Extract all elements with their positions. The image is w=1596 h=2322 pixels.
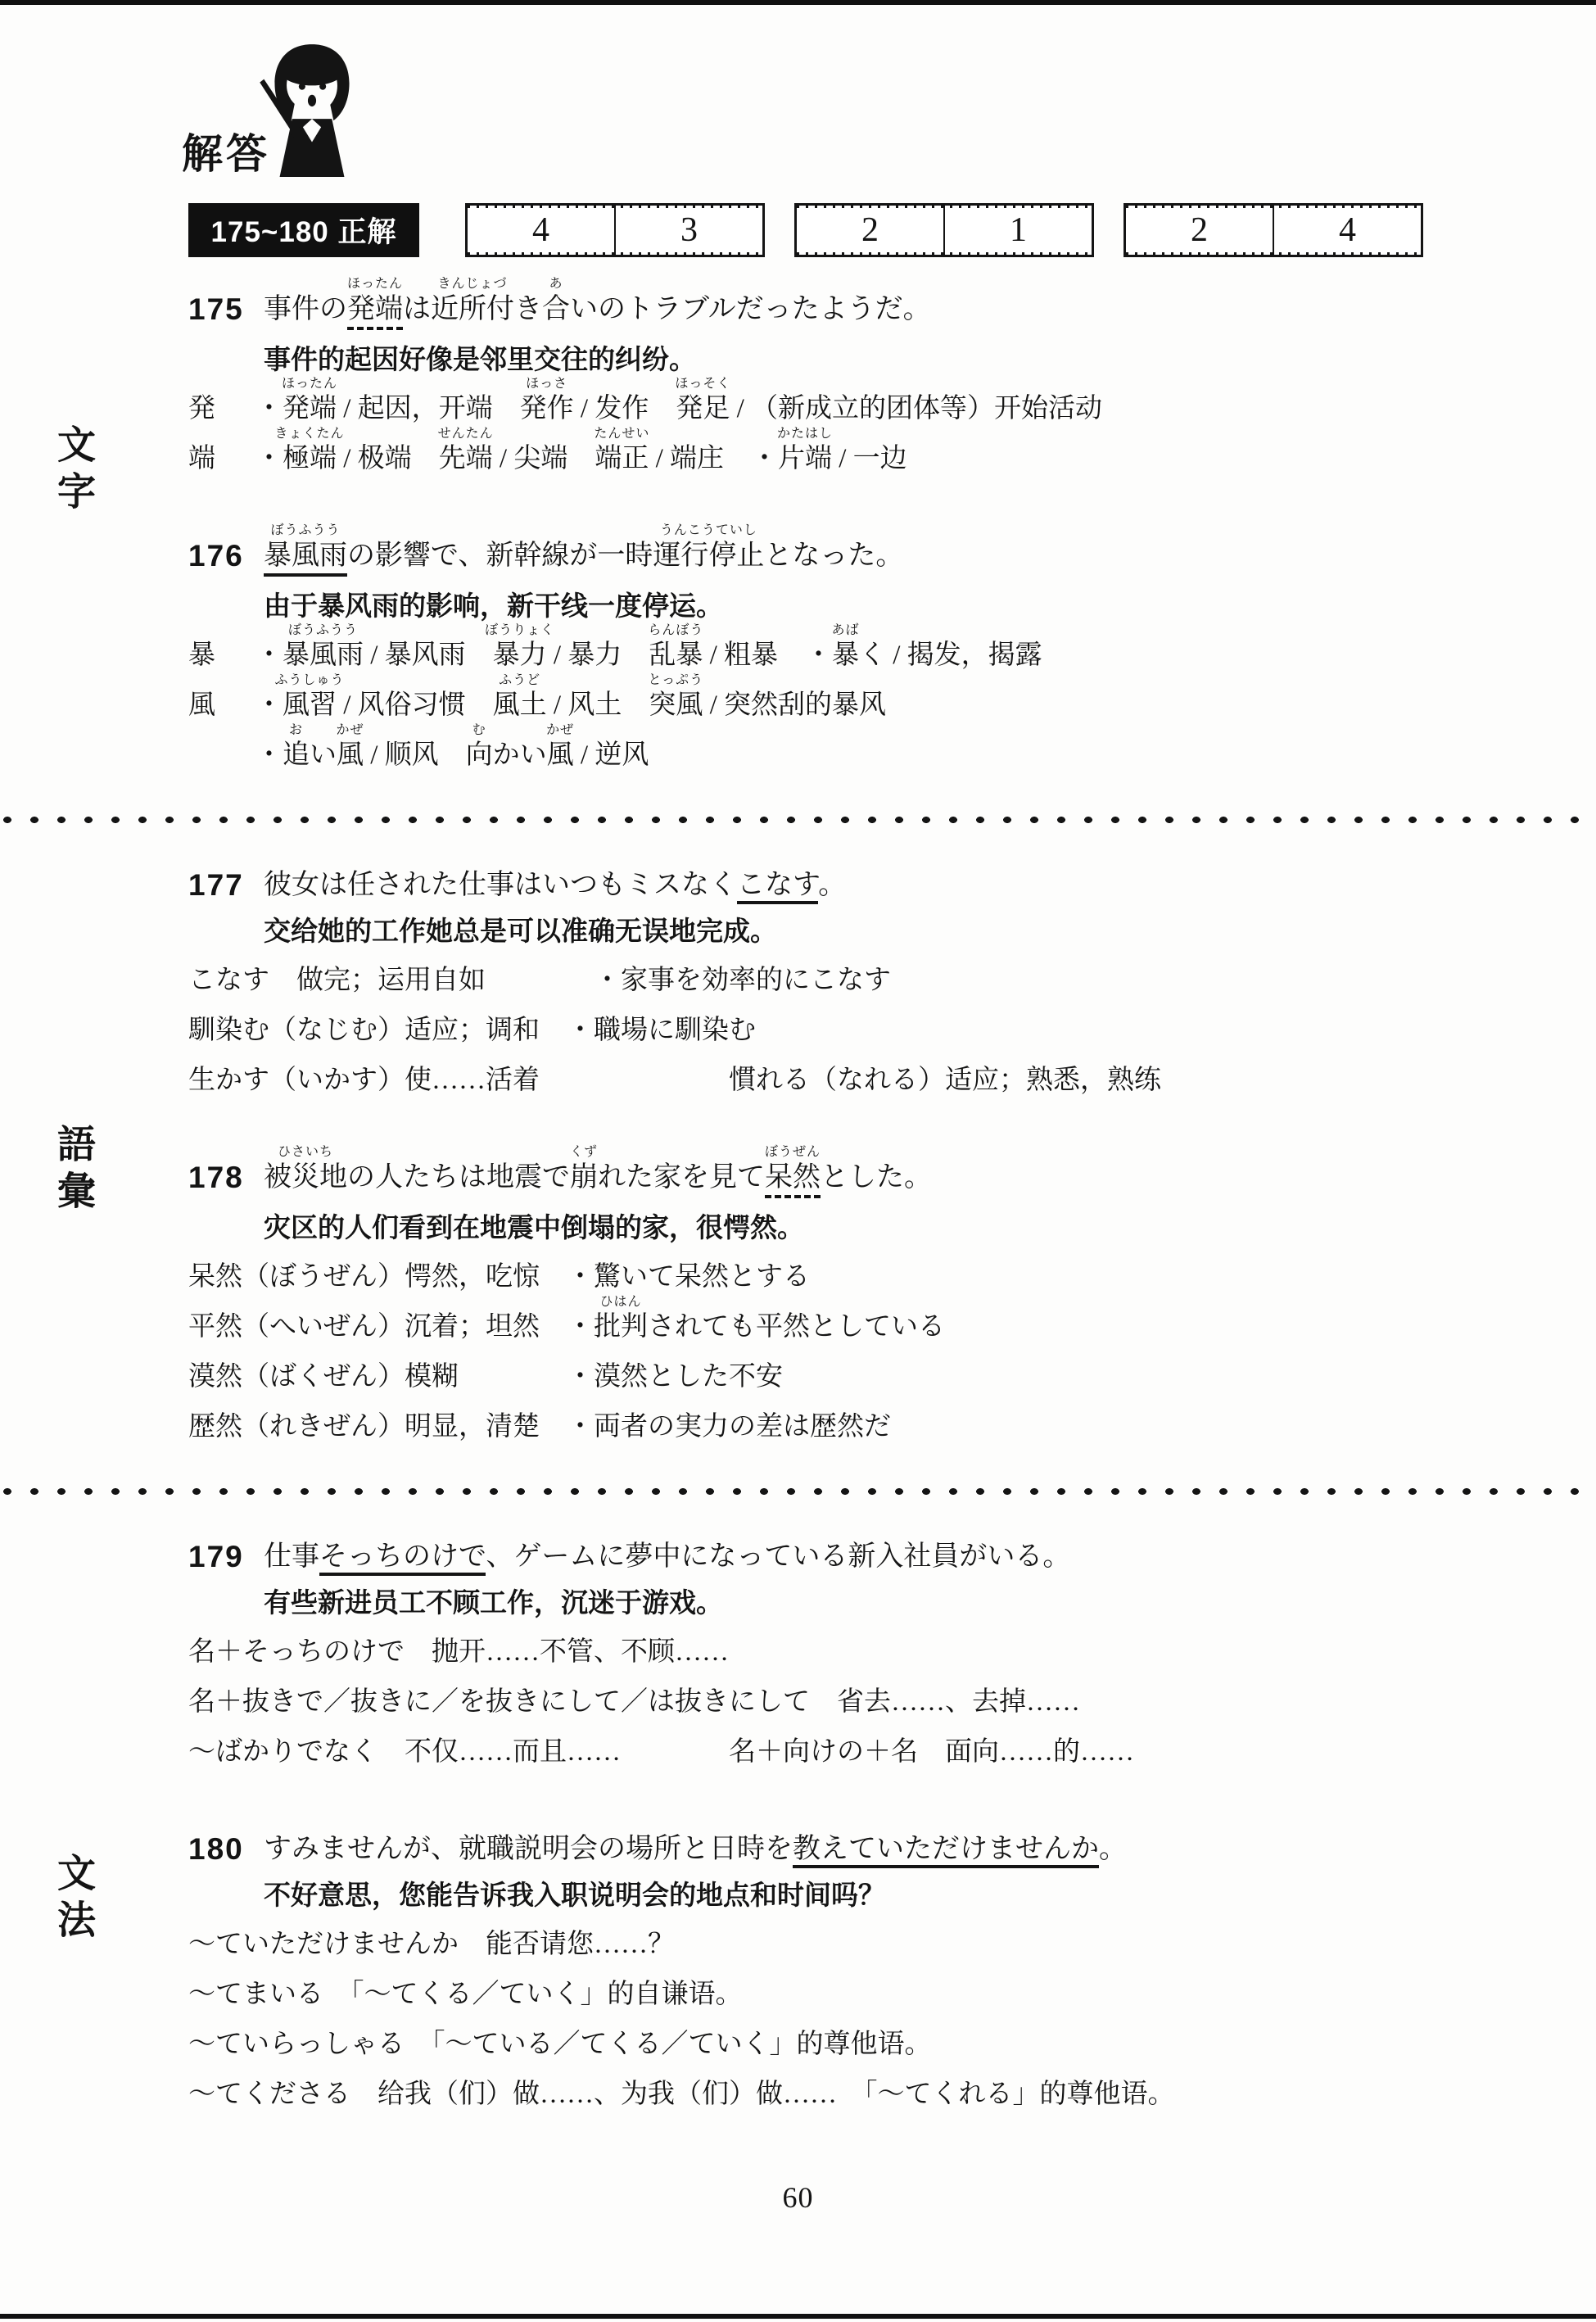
- answer-cell: 4: [1273, 206, 1421, 255]
- ruby-segment: 運行停止うんこうていし: [653, 540, 764, 573]
- text-segment: ・: [255, 740, 283, 770]
- text-segment: ～ていただけませんか 能否请您……？: [188, 1930, 675, 1959]
- ruby-segment: 風土ふうど: [493, 690, 547, 721]
- explanation-row: 名＋抜きで／抜きに／を抜きにして／は抜きにして 省去……、去掉……: [188, 1668, 1466, 1718]
- text-segment: ・: [255, 394, 283, 423]
- ruby-base: 近所付: [431, 294, 514, 324]
- sidebar-label-moji: 文字: [46, 424, 101, 518]
- furigana: ほっそく: [675, 378, 730, 391]
- text-segment: 歴然（れきぜん）明显，清楚 ・両者の実力の差は歴然だ: [188, 1412, 891, 1442]
- explanation-row: 生かす（いかす）使……活着 慣れる（なれる）适应；熟悉，熟练: [188, 1046, 1466, 1096]
- ruby-segment: 批判ひはん: [594, 1311, 648, 1342]
- ruby-base: 発端: [347, 294, 403, 324]
- ruby-segment: 合あ: [542, 293, 570, 326]
- text-segment: / 逆风: [574, 740, 649, 770]
- question-sentence-line: 175事件の発端ほったんは近所付きんじょづき合あいのトラブルだったようだ。: [188, 272, 1466, 330]
- explanation-row: 馴染む（なじむ）适应；调和 ・職場に馴染む: [188, 996, 1466, 1046]
- row-body: 歴然（れきぜん）明显，清楚 ・両者の実力の差は歴然だ: [188, 1411, 1466, 1442]
- ruby-base: 暴風雨: [283, 640, 364, 670]
- translation-line: 灾区的人们看到在地震中倒塌的家，很愕然。: [188, 1198, 1466, 1242]
- ruby-base: 風習: [283, 690, 337, 720]
- text-segment: / 风土: [547, 690, 649, 720]
- ruby-segment: 被災地ひさいち: [264, 1161, 347, 1194]
- furigana: ぼうぜん: [765, 1146, 821, 1159]
- ruby-base: 風土: [493, 690, 547, 720]
- text-segment: 馴染む（なじむ）适应；调和 ・職場に馴染む: [188, 1016, 756, 1045]
- row-body: 呆然（ぼうぜん）愕然，吃惊 ・驚いて呆然とする: [188, 1261, 1466, 1292]
- ruby-base: 運行停止: [653, 541, 764, 571]
- question-sentence-line: 178被災地ひさいちの人たちは地震で崩くずれた家を見て呆然ぼうぜんとした。: [188, 1140, 1466, 1198]
- ruby-base: 向: [466, 740, 493, 770]
- furigana: ひさいち: [278, 1146, 333, 1159]
- ruby-base: 発足: [676, 394, 730, 423]
- dotted-divider: [0, 815, 1596, 825]
- text-segment: / 风俗习惯: [337, 690, 493, 720]
- underlined-term: こなす: [737, 870, 818, 904]
- ruby-base: 片端: [778, 444, 832, 473]
- row-head-kanji: 発: [188, 393, 255, 424]
- text-segment: ～てくださる 给我（们）做……、为我（们）做…… 「～てくれる」的尊他语。: [188, 2080, 1175, 2109]
- underlined-term: 教えていただけませんか: [793, 1834, 1099, 1868]
- furigana: きんじょづ: [437, 278, 507, 291]
- text-segment: / 顺风: [364, 740, 466, 770]
- ruby-segment: 暴力ぼうりょく: [493, 640, 547, 671]
- ruby-segment: 近所付きんじょづ: [431, 293, 514, 326]
- furigana: とっぷう: [649, 674, 704, 687]
- ruby-base: 発端: [283, 394, 337, 423]
- question-sentence-line: 179仕事そっちのけで、ゲームに夢中になっている新入社員がいる。: [188, 1519, 1466, 1573]
- furigana: ひはん: [599, 1296, 641, 1309]
- furigana: らんぼう: [648, 624, 703, 637]
- answer-cell-group: 24: [1124, 203, 1423, 257]
- row-head-kanji: [188, 740, 255, 771]
- question-number: 175: [188, 293, 264, 330]
- question-block: 179仕事そっちのけで、ゲームに夢中になっている新入社員がいる。有些新进员工不顾…: [188, 1519, 1466, 1768]
- ruby-base: 暴力: [493, 640, 547, 670]
- underlined-term: 呆然ぼうぜん: [765, 1161, 821, 1198]
- ruby-base: 追: [283, 740, 310, 770]
- row-body: ～てまいる 「～てくる／ていく」的自谦语。: [188, 1979, 1466, 2010]
- explanation-row: 呆然（ぼうぜん）愕然，吃惊 ・驚いて呆然とする: [188, 1242, 1466, 1292]
- ruby-base: 発作: [520, 394, 574, 423]
- explanation-row: ～てくださる 给我（们）做……、为我（们）做…… 「～てくれる」的尊他语。: [188, 2060, 1466, 2110]
- row-body: こなす 做完；运用自如 ・家事を効率的にこなす: [188, 965, 1466, 996]
- ruby-segment: 向む: [466, 740, 493, 771]
- explanation-row: ～ていらっしゃる 「～ている／てくる／ていく」的尊他语。: [188, 2010, 1466, 2060]
- text-segment: れた家を見て: [598, 1162, 765, 1193]
- text-segment: されても平然としている: [648, 1312, 945, 1342]
- text-segment: / 粗暴 ・: [703, 640, 832, 670]
- question-block: 180すみませんが、就職説明会の場所と日時を教えていただけませんか。不好意思，您…: [188, 1812, 1466, 2110]
- text-segment: 呆然（ぼうぜん）愕然，吃惊 ・驚いて呆然とする: [188, 1262, 810, 1292]
- text-segment: ～ていらっしゃる 「～ている／てくる／ていく」的尊他语。: [188, 2030, 932, 2059]
- text-segment: き: [514, 294, 542, 324]
- answer-cell: 1: [943, 206, 1092, 255]
- text-segment: 仕事: [264, 1541, 319, 1572]
- row-head-kanji: 風: [188, 690, 255, 721]
- furigana: かぜ: [546, 724, 574, 737]
- question-sentence: 被災地ひさいちの人たちは地震で崩くずれた家を見て呆然ぼうぜんとした。: [264, 1161, 1466, 1198]
- question-number: 179: [188, 1541, 264, 1573]
- furigana: あば: [832, 624, 860, 637]
- furigana: うんこうていし: [660, 524, 757, 537]
- explanation-row: ～てまいる 「～てくる／ていく」的自谦语。: [188, 1960, 1466, 2010]
- question-number: 176: [188, 540, 264, 577]
- row-body: ～ていらっしゃる 「～ている／てくる／ていく」的尊他语。: [188, 2029, 1466, 2060]
- question-sentence: すみませんが、就職説明会の場所と日時を教えていただけませんか。: [264, 1833, 1466, 1866]
- furigana: む: [472, 724, 486, 737]
- translation-line: 交给她的工作她总是可以准确无误地完成。: [188, 902, 1466, 946]
- row-body: 平然（へいぜん）沉着；坦然 ・批判ひはんされても平然としている: [188, 1311, 1466, 1342]
- ruby-segment: 崩くず: [570, 1161, 598, 1194]
- furigana: ぼうりょく: [485, 624, 554, 637]
- explanation-row: ・追おい風かぜ / 顺风 向むかい風かぜ / 逆风: [188, 721, 1466, 771]
- question-sentence: 仕事そっちのけで、ゲームに夢中になっている新入社員がいる。: [264, 1541, 1466, 1573]
- explanation-row: 発・発端ほったん / 起因，开端 発作ほっさ / 发作 発足ほっそく / （新成…: [188, 374, 1466, 424]
- text-segment: 事件の: [264, 294, 347, 324]
- text-segment: 、ゲームに夢中になっている新入社員がいる。: [486, 1541, 1070, 1572]
- page-number: 60: [0, 2180, 1596, 2215]
- text-segment: / （新成立的团体等）开始活动: [730, 394, 1102, 423]
- underlined-term: 発端ほったん: [347, 293, 403, 330]
- row-body: 名＋そっちのけで 抛开……不管、不顾……: [188, 1636, 1466, 1668]
- underlined-term: そっちのけで: [319, 1541, 486, 1576]
- answer-cell: 2: [797, 206, 943, 255]
- ruby-segment: 風かぜ: [547, 740, 574, 771]
- text-segment: / 突然刮的暴风: [703, 690, 886, 720]
- answer-explanations: 175事件の発端ほったんは近所付きんじょづき合あいのトラブルだったようだ。事件的…: [188, 272, 1466, 2154]
- ruby-segment: 発足ほっそく: [676, 393, 730, 424]
- text-segment: は: [403, 294, 431, 324]
- row-body: ・暴風雨ぼうふうう / 暴风雨 暴力ぼうりょく / 暴力 乱暴らんぼう / 粗暴…: [255, 640, 1466, 671]
- text-segment: 生かす（いかす）使……活着 慣れる（なれる）适应；熟悉，熟练: [188, 1066, 1161, 1095]
- text-segment: / 暴风雨: [364, 640, 493, 670]
- text-segment: 平然（へいぜん）沉着；坦然 ・: [188, 1312, 594, 1342]
- question-sentence-line: 177彼女は任された仕事はいつもミスなくこなす。: [188, 848, 1466, 902]
- furigana: ぼうふうう: [270, 524, 340, 537]
- answer-cells: 432124: [465, 203, 1423, 257]
- row-body: 生かす（いかす）使……活着 慣れる（なれる）适应；熟悉，熟练: [188, 1065, 1466, 1096]
- explanation-row: 風・風習ふうしゅう / 风俗习惯 風土ふうど / 风土 突風とっぷう / 突然刮…: [188, 671, 1466, 721]
- explanation-row: 名＋そっちのけで 抛开……不管、不顾……: [188, 1618, 1466, 1668]
- ruby-segment: 極端きょくたん: [283, 443, 337, 474]
- answer-bar: 175~180 正解 432124: [0, 203, 1596, 260]
- question-sentence-line: 180すみませんが、就職説明会の場所と日時を教えていただけませんか。: [188, 1812, 1466, 1866]
- ruby-segment: 風習ふうしゅう: [283, 690, 337, 721]
- ruby-base: 乱暴: [649, 640, 703, 670]
- furigana: たんせい: [594, 428, 649, 441]
- text-segment: の人たちは地震で: [347, 1162, 570, 1193]
- answer-range-label: 175~180 正解: [188, 203, 419, 257]
- furigana: ほっさ: [526, 378, 567, 391]
- explanation-row: 歴然（れきぜん）明显，清楚 ・両者の実力の差は歴然だ: [188, 1392, 1466, 1442]
- text-segment: ～てまいる 「～てくる／ていく」的自谦语。: [188, 1980, 743, 2009]
- ruby-base: 先端: [439, 444, 493, 473]
- row-body: 馴染む（なじむ）适应；调和 ・職場に馴染む: [188, 1015, 1466, 1046]
- explanation-row: 平然（へいぜん）沉着；坦然 ・批判ひはんされても平然としている: [188, 1292, 1466, 1342]
- text-segment: 彼女は任された仕事はいつもミスなく: [264, 870, 737, 900]
- answer-cell: 3: [614, 206, 762, 255]
- translation-line: 有些新进员工不顾工作，沉迷于游戏。: [188, 1573, 1466, 1618]
- text-segment: の影響で、新幹線が一時: [347, 541, 653, 571]
- translation-line: 事件的起因好像是邻里交往的纠纷。: [188, 330, 1466, 374]
- question-sentence: 彼女は任された仕事はいつもミスなくこなす。: [264, 869, 1466, 902]
- sidebar-label-goi: 語彙: [46, 1124, 101, 1217]
- text-segment: かい: [493, 740, 547, 770]
- ruby-base: 暴: [832, 640, 859, 670]
- text-segment: / 端庄 ・: [649, 444, 778, 473]
- ruby-segment: 暴あば: [832, 640, 859, 671]
- ruby-segment: 発端ほったん: [283, 393, 337, 424]
- ruby-base: 呆然: [765, 1162, 821, 1193]
- text-segment: / 一边: [832, 444, 907, 473]
- text-segment: / 暴力: [547, 640, 649, 670]
- ruby-base: 被災地: [264, 1162, 347, 1193]
- row-body: ～ばかりでなく 不仅……而且…… 名＋向けの＋名 面向……的……: [188, 1736, 1466, 1768]
- furigana: ほったん: [347, 278, 403, 291]
- furigana: ふうど: [499, 674, 540, 687]
- furigana: せんたん: [438, 428, 494, 441]
- ruby-base: 突風: [649, 690, 703, 720]
- text-segment: / 发作: [574, 394, 676, 423]
- ruby-base: 暴風雨: [264, 541, 347, 571]
- furigana: きょくたん: [274, 428, 344, 441]
- ruby-segment: 暴風雨ぼうふうう: [283, 640, 364, 671]
- text-segment: / 起因，开端: [337, 394, 520, 423]
- teacher-girl-illustration: [246, 39, 378, 184]
- text-segment: い: [310, 740, 337, 770]
- underlined-term: 暴風雨ぼうふうう: [264, 540, 347, 577]
- text-segment: ・: [255, 640, 283, 670]
- ruby-segment: 風かぜ: [337, 740, 364, 771]
- furigana: くず: [570, 1146, 598, 1159]
- text-segment: 。: [1099, 1834, 1127, 1864]
- sidebar-label-bunpou: 文法: [46, 1853, 101, 1946]
- ruby-base: 端正: [595, 444, 649, 473]
- text-segment: とした。: [821, 1162, 932, 1193]
- text-segment: ・: [255, 444, 283, 473]
- row-body: ・発端ほったん / 起因，开端 発作ほっさ / 发作 発足ほっそく / （新成立…: [255, 393, 1466, 424]
- row-body: ・風習ふうしゅう / 风俗习惯 風土ふうど / 风土 突風とっぷう / 突然刮的…: [255, 690, 1466, 721]
- row-head-kanji: 暴: [188, 640, 255, 671]
- text-segment: / 极端: [337, 444, 439, 473]
- furigana: ふうしゅう: [274, 674, 344, 687]
- text-segment: いのトラブルだったようだ。: [570, 294, 931, 324]
- question-sentence-line: 176暴風雨ぼうふううの影響で、新幹線が一時運行停止うんこうていしとなった。: [188, 518, 1466, 577]
- text-segment: / 尖端: [493, 444, 595, 473]
- text-segment: 名＋そっちのけで 抛开……不管、不顾……: [188, 1637, 729, 1667]
- explanation-row: ～ていただけませんか 能否请您……？: [188, 1910, 1466, 1960]
- translation-line: 由于暴风雨的影响，新干线一度停运。: [188, 577, 1466, 621]
- question-block: 178被災地ひさいちの人たちは地震で崩くずれた家を見て呆然ぼうぜんとした。灾区的…: [188, 1140, 1466, 1442]
- explanation-row: こなす 做完；运用自如 ・家事を効率的にこなす: [188, 946, 1466, 996]
- ruby-segment: 発作ほっさ: [520, 393, 574, 424]
- question-sentence: 暴風雨ぼうふううの影響で、新幹線が一時運行停止うんこうていしとなった。: [264, 540, 1466, 577]
- text-segment: となった。: [764, 541, 903, 571]
- ruby-base: 風: [337, 740, 364, 770]
- ruby-segment: 片端かたはし: [778, 443, 832, 474]
- furigana: ぼうふうう: [288, 624, 358, 637]
- text-segment: 名＋抜きで／抜きに／を抜きにして／は抜きにして 省去……、去掉……: [188, 1687, 1080, 1717]
- translation-line: 不好意思，您能告诉我入职说明会的地点和时间吗？: [188, 1866, 1466, 1910]
- ruby-segment: 突風とっぷう: [649, 690, 703, 721]
- ruby-segment: 端正たんせい: [595, 443, 649, 474]
- explanation-row: 端・極端きょくたん / 极端 先端せんたん / 尖端 端正たんせい / 端庄 ・…: [188, 424, 1466, 474]
- ruby-segment: 乱暴らんぼう: [649, 640, 703, 671]
- answer-cell-group: 21: [794, 203, 1094, 257]
- ruby-base: 崩: [570, 1162, 598, 1193]
- dotted-divider: [0, 1487, 1596, 1496]
- furigana: ほったん: [282, 378, 337, 391]
- question-sentence: 事件の発端ほったんは近所付きんじょづき合あいのトラブルだったようだ。: [264, 293, 1466, 330]
- row-body: ・極端きょくたん / 极端 先端せんたん / 尖端 端正たんせい / 端庄 ・片…: [255, 443, 1466, 474]
- row-body: ・追おい風かぜ / 顺风 向むかい風かぜ / 逆风: [255, 740, 1466, 771]
- explanation-row: 暴・暴風雨ぼうふうう / 暴风雨 暴力ぼうりょく / 暴力 乱暴らんぼう / 粗…: [188, 621, 1466, 671]
- answer-cell: 4: [468, 206, 614, 255]
- text-segment: こなす 做完；运用自如 ・家事を効率的にこなす: [188, 966, 891, 995]
- text-segment: ～ばかりでなく 不仅……而且…… 名＋向けの＋名 面向……的……: [188, 1737, 1134, 1767]
- question-number: 178: [188, 1161, 264, 1198]
- text-segment: すみませんが、就職説明会の場所と日時を: [264, 1834, 793, 1864]
- text-segment: ・: [255, 690, 283, 720]
- question-number: 177: [188, 869, 264, 902]
- furigana: かぜ: [336, 724, 364, 737]
- row-head-kanji: 端: [188, 443, 255, 474]
- ruby-segment: 追お: [283, 740, 310, 771]
- furigana: お: [289, 724, 303, 737]
- explanation-row: 漠然（ばくぜん）模糊 ・漠然とした不安: [188, 1342, 1466, 1392]
- furigana: あ: [549, 278, 563, 291]
- question-block: 176暴風雨ぼうふううの影響で、新幹線が一時運行停止うんこうていしとなった。由于…: [188, 518, 1466, 771]
- question-number: 180: [188, 1833, 264, 1866]
- ruby-base: 風: [547, 740, 574, 770]
- question-block: 175事件の発端ほったんは近所付きんじょづき合あいのトラブルだったようだ。事件的…: [188, 272, 1466, 474]
- page-top-border: [0, 0, 1596, 5]
- question-block: 177彼女は任された仕事はいつもミスなくこなす。交给她的工作她总是可以准确无误地…: [188, 848, 1466, 1096]
- text-segment: く / 揭发，揭露: [859, 640, 1042, 670]
- explanation-row: ～ばかりでなく 不仅……而且…… 名＋向けの＋名 面向……的……: [188, 1718, 1466, 1768]
- text-segment: 漠然（ばくぜん）模糊 ・漠然とした不安: [188, 1362, 783, 1392]
- text-segment: 。: [818, 870, 846, 900]
- ruby-segment: 先端せんたん: [439, 443, 493, 474]
- ruby-base: 批判: [594, 1312, 648, 1342]
- ruby-base: 極端: [283, 444, 337, 473]
- ruby-base: 合: [542, 294, 570, 324]
- answer-cell: 2: [1126, 206, 1273, 255]
- row-body: ～ていただけませんか 能否请您……？: [188, 1929, 1466, 1960]
- row-body: 名＋抜きで／抜きに／を抜きにして／は抜きにして 省去……、去掉……: [188, 1686, 1466, 1718]
- row-body: 漠然（ばくぜん）模糊 ・漠然とした不安: [188, 1361, 1466, 1392]
- answer-cell-group: 43: [465, 203, 765, 257]
- row-body: ～てくださる 给我（们）做……、为我（们）做…… 「～てくれる」的尊他语。: [188, 2079, 1466, 2110]
- furigana: かたはし: [777, 428, 833, 441]
- page-bottom-border: [0, 2314, 1596, 2319]
